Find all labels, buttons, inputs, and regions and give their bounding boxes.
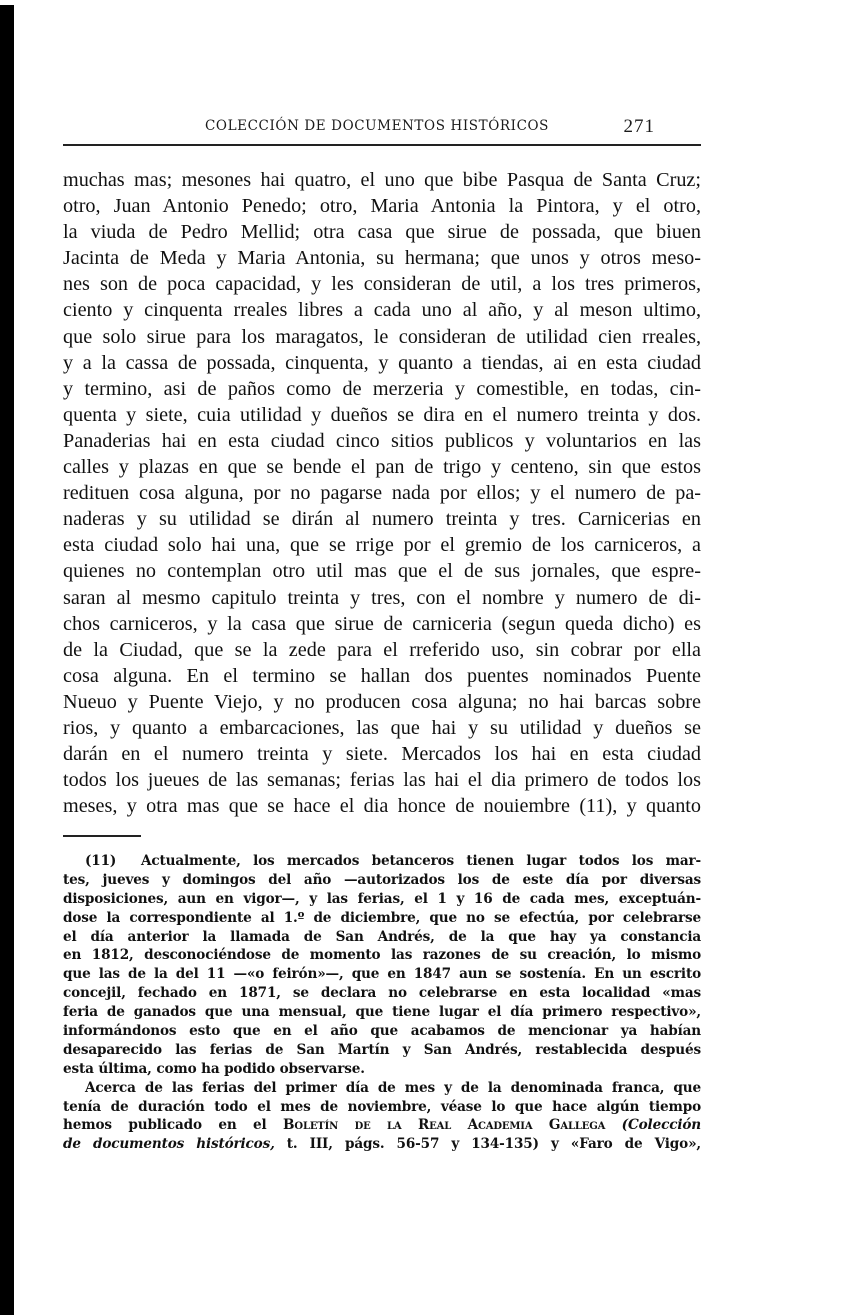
series-title: (Colección [605,1117,701,1133]
footnote-text: Actualmente, los mercados betanceros tie… [141,853,701,869]
footnote-line: tenía de duración todo el mes de noviemb… [63,1098,701,1117]
series-title: de documentos históricos, [63,1136,275,1152]
body-line: ciento y cinquenta rreales libres a cada… [63,297,701,323]
footnote-line: el día anterior la llamada de San Andrés… [63,928,701,947]
body-line: saran al mesmo capitulo treinta y tres, … [63,585,701,611]
body-line: otro, Juan Antonio Penedo; otro, Maria A… [63,193,701,219]
footnote-line: de documentos históricos, t. III, págs. … [63,1135,701,1154]
body-line: todos los jueues de las semanas; ferias … [63,767,701,793]
body-line: y termino, asi de paños como de merzeria… [63,376,701,402]
footnote-line: hemos publicado en el Boletín de la Real… [63,1116,701,1135]
footnote-line: desaparecido las ferias de San Martín y … [63,1041,701,1060]
body-line: meses, y otra mas que se hace el dia hon… [63,793,701,819]
header-rule [63,144,701,146]
footnotes: (11) Actualmente, los mercados betancero… [63,852,701,1154]
page-number: 271 [624,116,656,138]
body-line: nes son de poca capacidad, y les conside… [63,271,701,297]
scan-dark-edge [0,5,14,1315]
footnote-line: en 1812, desconociéndose de momento las … [63,946,701,965]
body-line: y a la cassa de possada, cinquenta, y qu… [63,350,701,376]
body-line: rios, y quanto a embarcaciones, las que … [63,715,701,741]
footnote-line: concejil, fechado en 1871, se declara no… [63,984,701,1003]
footnote-line: feria de ganados que una mensual, que ti… [63,1003,701,1022]
body-line: Jacinta de Meda y Maria Antonia, su herm… [63,245,701,271]
footnote-line: tes, jueves y domingos del año —autoriza… [63,871,701,890]
body-line: calles y plazas en que se bende el pan d… [63,454,701,480]
footnote-line: esta última, como ha podido observarse. [63,1060,701,1079]
footnote-marker: (11) [85,853,116,869]
footnote-line: dose la correspondiente al 1.º de diciem… [63,909,701,928]
footnote-line: informándonos esto que en el año que aca… [63,1022,701,1041]
body-line: chos carniceros, y la casa que sirue de … [63,611,701,637]
body-line: Panaderias hai en esta ciudad cinco siti… [63,428,701,454]
body-line: la viuda de Pedro Mellid; otra casa que … [63,219,701,245]
footnote-rule [63,835,141,837]
body-line: que solo sirue para los maragatos, le co… [63,324,701,350]
body-line: quenta y siete, cuia utilidad y dueños s… [63,402,701,428]
footnote-line: Acerca de las ferias del primer día de m… [63,1079,701,1098]
body-line: de la Ciudad, que se la zede para el rre… [63,637,701,663]
body-line: cosa alguna. En el termino se hallan dos… [63,663,701,689]
running-header: Colección de documentos históricos 271 [63,116,701,142]
body-line: redituen cosa alguna, por no pagarse nad… [63,480,701,506]
body-line: muchas mas; mesones hai quatro, el uno q… [63,167,701,193]
body-line: naderas y su utilidad se dirán al numero… [63,506,701,532]
running-title: Colección de documentos históricos [205,118,549,134]
footnote-text: hemos publicado en el [63,1117,283,1133]
footnote-line: disposiciones, aun en vigor—, y las feri… [63,890,701,909]
footnote-text: t. III, págs. 56-57 y 134-135) y «Faro d… [275,1136,701,1152]
body-text: muchas mas; mesones hai quatro, el uno q… [63,167,701,819]
footnote-line: que las de la del 11 —«o feirón»—, que e… [63,965,701,984]
body-line: quienes no contemplan otro util mas que … [63,558,701,584]
body-line: Nueuo y Puente Viejo, y no producen cosa… [63,689,701,715]
body-line: esta ciudad solo hai una, que se rrige p… [63,532,701,558]
footnote-line: (11) Actualmente, los mercados betancero… [63,852,701,871]
journal-title: Boletín de la Real Academia Gallega [283,1117,605,1133]
body-line: darán en el numero treinta y siete. Merc… [63,741,701,767]
